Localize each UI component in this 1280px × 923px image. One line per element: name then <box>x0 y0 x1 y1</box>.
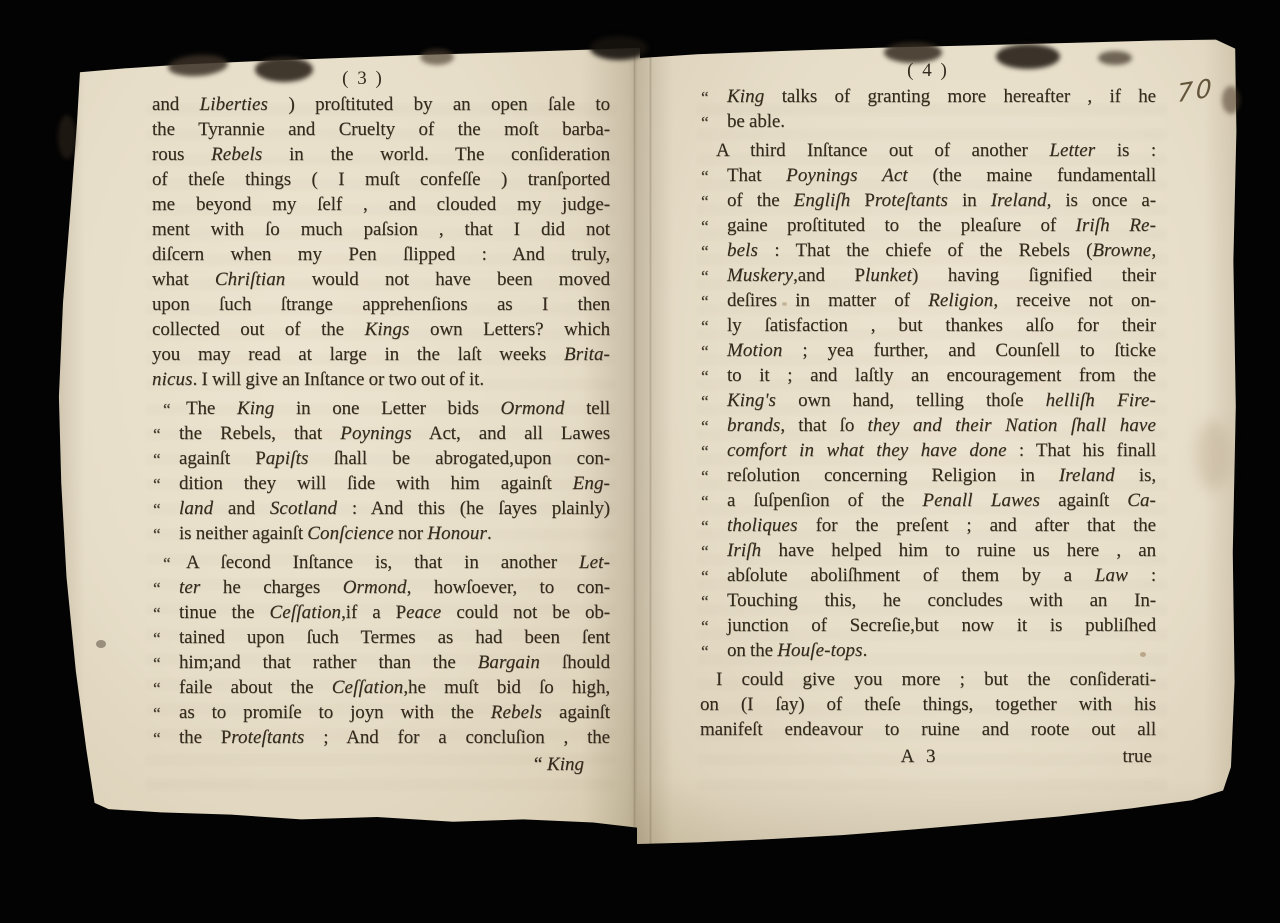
text-line: on (I ſay) of theſe things, together wit… <box>700 692 1156 717</box>
text-line: “junction of Secreſie,but now it is publ… <box>700 613 1156 638</box>
margin-quote-mark: “ <box>701 214 708 239</box>
margin-quote-mark: “ <box>163 551 170 576</box>
text-line: me beyond my ſelf , and clouded my judge… <box>152 192 610 217</box>
margin-quote-mark: “ <box>153 651 160 676</box>
text-line: “reſolution concerning Religion in Irela… <box>700 463 1156 488</box>
margin-quote-mark: “ <box>153 726 160 751</box>
text-line: “tholiques for the preſent ; and after t… <box>700 513 1156 538</box>
margin-quote-mark: “ <box>701 489 708 514</box>
margin-quote-mark: “ <box>153 676 160 701</box>
text-line: “ly ſatisfaction , but thankes alſo for … <box>700 313 1156 338</box>
text-line: “of the Engliſh Proteſtants in Ireland, … <box>700 188 1156 213</box>
text-line: manifeſt endeavour to ruine and roote ou… <box>700 717 1156 742</box>
right-page: ( 4 ) “King talks of granting more herea… <box>637 34 1240 844</box>
text-line: “dition they will ſide with him againſt … <box>152 471 610 496</box>
margin-quote-mark: “ <box>701 85 708 110</box>
page-number-header: ( 3 ) <box>134 68 592 92</box>
margin-quote-mark: “ <box>701 589 708 614</box>
photographed-book-spread: ( 3 ) and Liberties ) proſtituted by an … <box>0 0 1280 923</box>
margin-quote-mark: “ <box>701 264 708 289</box>
text-line: what Chriſtian would not have been moved <box>152 267 610 292</box>
margin-quote-mark: “ <box>153 447 160 472</box>
text-line: “againſt Papiſts ſhall be abrogated,upon… <box>152 446 610 471</box>
text-line: “ter he charges Ormond, howſoever, to co… <box>152 575 610 600</box>
margin-quote-mark: “ <box>701 339 708 364</box>
catchword: true <box>1122 744 1152 769</box>
text-line: I could give you more ; but the conſider… <box>700 667 1156 692</box>
margin-quote-mark: “ <box>701 564 708 589</box>
margin-quote-mark: “ <box>153 601 160 626</box>
text-line: ment with ſo much paſsion , that I did n… <box>152 217 610 242</box>
left-page-lines: and Liberties ) proſtituted by an open ſ… <box>152 92 610 750</box>
margin-quote-mark: “ <box>701 389 708 414</box>
text-line: you may read at large in the laſt weeks … <box>152 342 610 367</box>
margin-quote-mark: “ <box>153 422 160 447</box>
text-line: “deſires in matter of Religion, receive … <box>700 288 1156 313</box>
page-footer: A 3 true <box>700 744 1156 769</box>
text-line: “to it ; and laſtly an encouragement fro… <box>700 363 1156 388</box>
text-line: “Iriſh have helped him to ruine us here … <box>700 538 1156 563</box>
page-number-header: ( 4 ) <box>700 60 1156 84</box>
margin-quote-mark: “ <box>153 626 160 651</box>
text-line: rous Rebels in the world. The conſiderat… <box>152 142 610 167</box>
text-line: nicus. I will give an Inſtance or two ou… <box>152 367 610 392</box>
margin-quote-mark: “ <box>701 110 708 135</box>
margin-quote-mark: “ <box>701 464 708 489</box>
text-line: “be able. <box>700 109 1156 134</box>
catchword-line: “ King <box>152 752 610 777</box>
text-line: the Tyrannie and Cruelty of the moſt bar… <box>152 117 610 142</box>
text-line: “A ſecond Inſtance is, that in another L… <box>152 550 610 575</box>
text-line: “the Proteſtants ; And for a concluſion … <box>152 725 610 750</box>
gutter-crease <box>649 34 652 844</box>
margin-quote-mark: “ <box>701 414 708 439</box>
margin-quote-mark: “ <box>153 522 160 547</box>
margin-quote-mark: “ <box>701 314 708 339</box>
text-line: “on the Houſe-tops. <box>700 638 1156 663</box>
text-line: “a ſuſpenſion of the Penall Lawes againſ… <box>700 488 1156 513</box>
margin-quote-mark: “ <box>701 539 708 564</box>
text-line: “the Rebels, that Poynings Act, and all … <box>152 421 610 446</box>
text-line: “Motion ; yea further, and Counſell to ſ… <box>700 338 1156 363</box>
margin-quote-mark: “ <box>153 576 160 601</box>
text-line: “tained upon ſuch Termes as had been ſen… <box>152 625 610 650</box>
margin-quote-mark: “ <box>701 164 708 189</box>
text-line: collected out of the Kings own Letters? … <box>152 317 610 342</box>
text-line: “as to promiſe to joyn with the Rebels a… <box>152 700 610 725</box>
text-line: “King's own hand, telling thoſe helliſh … <box>700 388 1156 413</box>
text-line: “King talks of granting more hereafter ,… <box>700 84 1156 109</box>
text-line: “Muskery,and Plunket) having ſignified t… <box>700 263 1156 288</box>
text-line: “abſolute aboliſhment of them by a Law : <box>700 563 1156 588</box>
gutter-crease <box>633 44 636 828</box>
signature-mark: A 3 <box>901 744 940 769</box>
margin-quote-mark: “ <box>701 614 708 639</box>
margin-quote-mark: “ <box>153 472 160 497</box>
margin-quote-mark: “ <box>153 497 160 522</box>
margin-quote-mark: “ <box>701 439 708 464</box>
text-line: “bels : That the chiefe of the Rebels (B… <box>700 238 1156 263</box>
text-line: “Touching this, he concludes with an In- <box>700 588 1156 613</box>
text-line: “gaine proſtituted to the pleaſure of Ir… <box>700 213 1156 238</box>
left-text-block: ( 3 ) and Liberties ) proſtituted by an … <box>152 68 610 777</box>
margin-quote-mark: “ <box>701 289 708 314</box>
text-line: “brands, that ſo they and their Nation ſ… <box>700 413 1156 438</box>
paper-stain <box>58 115 76 159</box>
text-line: “The King in one Letter bids Ormond tell <box>152 396 610 421</box>
right-text-block: ( 4 ) “King talks of granting more herea… <box>700 60 1156 769</box>
margin-quote-mark: “ <box>701 514 708 539</box>
margin-quote-mark: “ <box>163 397 170 422</box>
text-line: diſcern when my Pen ſlipped : And truly, <box>152 242 610 267</box>
text-line: “That Poynings Act (the maine fundamenta… <box>700 163 1156 188</box>
margin-quote-mark: “ <box>153 701 160 726</box>
text-line: “faile about the Ceſſation,he muſt bid ſ… <box>152 675 610 700</box>
right-page-lines: “King talks of granting more hereafter ,… <box>700 84 1156 742</box>
text-line: and Liberties ) proſtituted by an open ſ… <box>152 92 610 117</box>
left-page: ( 3 ) and Liberties ) proſtituted by an … <box>56 44 640 828</box>
text-line: “tinue the Ceſſation,if a Peace could no… <box>152 600 610 625</box>
margin-quote-mark: “ <box>701 189 708 214</box>
text-line: “comfort in what they have done : That h… <box>700 438 1156 463</box>
handwritten-folio-number: 70 <box>1177 73 1215 108</box>
text-line: of theſe things ( I muſt confeſſe ) tran… <box>152 167 610 192</box>
margin-quote-mark: “ <box>701 364 708 389</box>
text-line: A third Inſtance out of another Letter i… <box>700 138 1156 163</box>
text-line: upon ſuch ſtrange apprehenſions as I the… <box>152 292 610 317</box>
margin-quote-mark: “ <box>701 239 708 264</box>
text-line: “land and Scotland : And this (he ſayes … <box>152 496 610 521</box>
text-line: “him;and that rather than the Bargain ſh… <box>152 650 610 675</box>
text-line: “is neither againſt Conſcience nor Honou… <box>152 521 610 546</box>
margin-quote-mark: “ <box>701 639 708 664</box>
